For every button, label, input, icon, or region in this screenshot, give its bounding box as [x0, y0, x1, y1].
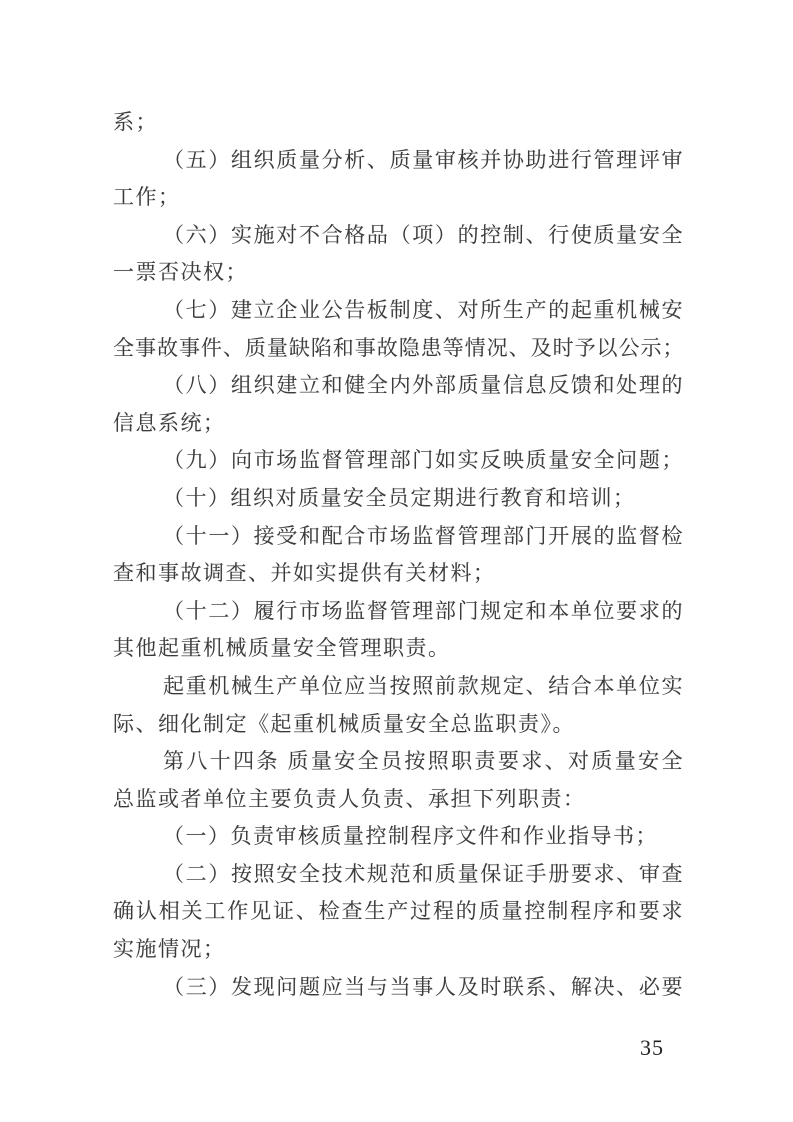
text-line: 查和事故调查、并如实提供有关材料；: [113, 555, 684, 593]
text-line: （一）负责审核质量控制程序文件和作业指导书；: [113, 818, 684, 856]
text-line: （七）建立企业公告板制度、对所生产的起重机械安: [113, 292, 684, 330]
text-line: （八）组织建立和健全内外部质量信息反馈和处理的: [113, 367, 684, 405]
text-line: 第八十四条 质量安全员按照职责要求、对质量安全: [113, 743, 684, 781]
text-line: （九）向市场监督管理部门如实反映质量安全问题；: [113, 442, 684, 480]
text-line: （五）组织质量分析、质量审核并协助进行管理评审: [113, 142, 684, 180]
document-body: 系；（五）组织质量分析、质量审核并协助进行管理评审工作；（六）实施对不合格品（项…: [113, 104, 684, 1006]
text-line: （十）组织对质量安全员定期进行教育和培训；: [113, 480, 684, 518]
text-line: 信息系统；: [113, 405, 684, 443]
text-line: 工作；: [113, 179, 684, 217]
text-line: 系；: [113, 104, 684, 142]
text-line: 其他起重机械质量安全管理职责。: [113, 630, 684, 668]
text-line: （十一）接受和配合市场监督管理部门开展的监督检: [113, 518, 684, 556]
text-line: 确认相关工作见证、检查生产过程的质量控制程序和要求: [113, 893, 684, 931]
text-line: 际、细化制定《起重机械质量安全总监职责》。: [113, 706, 684, 744]
document-page: 系；（五）组织质量分析、质量审核并协助进行管理评审工作；（六）实施对不合格品（项…: [0, 0, 793, 1122]
text-line: （三）发现问题应当与当事人及时联系、解决、必要: [113, 969, 684, 1007]
text-line: 全事故事件、质量缺陷和事故隐患等情况、及时予以公示；: [113, 330, 684, 368]
text-line: 实施情况；: [113, 931, 684, 969]
text-line: （十二）履行市场监督管理部门规定和本单位要求的: [113, 593, 684, 631]
text-line: 起重机械生产单位应当按照前款规定、结合本单位实: [113, 668, 684, 706]
text-line: （六）实施对不合格品（项）的控制、行使质量安全: [113, 217, 684, 255]
text-line: 总监或者单位主要负责人负责、承担下列职责：: [113, 781, 684, 819]
text-line: （二）按照安全技术规范和质量保证手册要求、审查: [113, 856, 684, 894]
page-number: 35: [630, 1032, 674, 1064]
text-line: 一票否决权；: [113, 254, 684, 292]
